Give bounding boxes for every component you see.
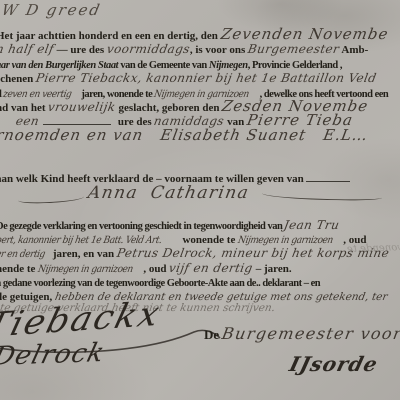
handwritten-age: er en dertig [0, 250, 46, 260]
blank-rule [43, 115, 111, 125]
handwritten-child-name: Anna Catharina [87, 185, 251, 202]
handwritten-date: Zevenden Novembe [219, 27, 389, 42]
printed-text: , is voor ons [190, 44, 248, 56]
signature-witness: Delrock [0, 338, 108, 372]
act-line-witness2: er en dertig jaren, en van Petrus Delroc… [0, 245, 389, 261]
handwritten-daypart: voormiddags [106, 43, 191, 55]
handwritten-declarant-name: Pierre Tiebackx, kanonnier bij het 1e Ba… [35, 72, 378, 84]
blank-rule [306, 172, 350, 182]
act-line-mother: rnoemden en van Elisabeth Suanet E.L… [0, 128, 368, 144]
handwritten-mother-name: rnoemden en van Elisabeth Suanet E.L… [0, 128, 369, 143]
printed-text: De [204, 327, 222, 342]
printed-text: jaren, en van [50, 248, 117, 260]
act-line-child-name: Anna Catharina [88, 185, 249, 202]
printed-text: Amb- [339, 44, 368, 56]
birth-certificate-scan: W D greed Het jaar achttien honderd en e… [0, 0, 400, 400]
act-line-time: n half elf — ure des voormiddags, is voo… [0, 41, 368, 57]
handwritten-sex: vrouwelijk [47, 101, 117, 113]
printed-text: — ure des [54, 44, 107, 56]
act-line-declarant: schenen Pierre Tiebackx, kanonnier bij h… [0, 70, 376, 86]
handwritten-burgemeester-title: Burgemeester voorn [221, 326, 400, 342]
ink-bleed-through-text: wonende te [347, 242, 400, 255]
handwritten-official: Burgemeester [247, 43, 340, 55]
printed-text: schenen [0, 73, 36, 85]
archival-annotation: W D greed [0, 1, 103, 19]
handwritten-time: n half elf [0, 43, 55, 55]
flourish [18, 193, 84, 204]
handwritten-witness1-name: Jean Tru [283, 219, 340, 231]
burgemeester-signoff: De Burgemeester voorn [204, 326, 400, 343]
flourish [262, 190, 382, 201]
signature-mayor: IJsorde [287, 352, 381, 376]
handwritten-age: vijf en dertig [168, 262, 254, 274]
